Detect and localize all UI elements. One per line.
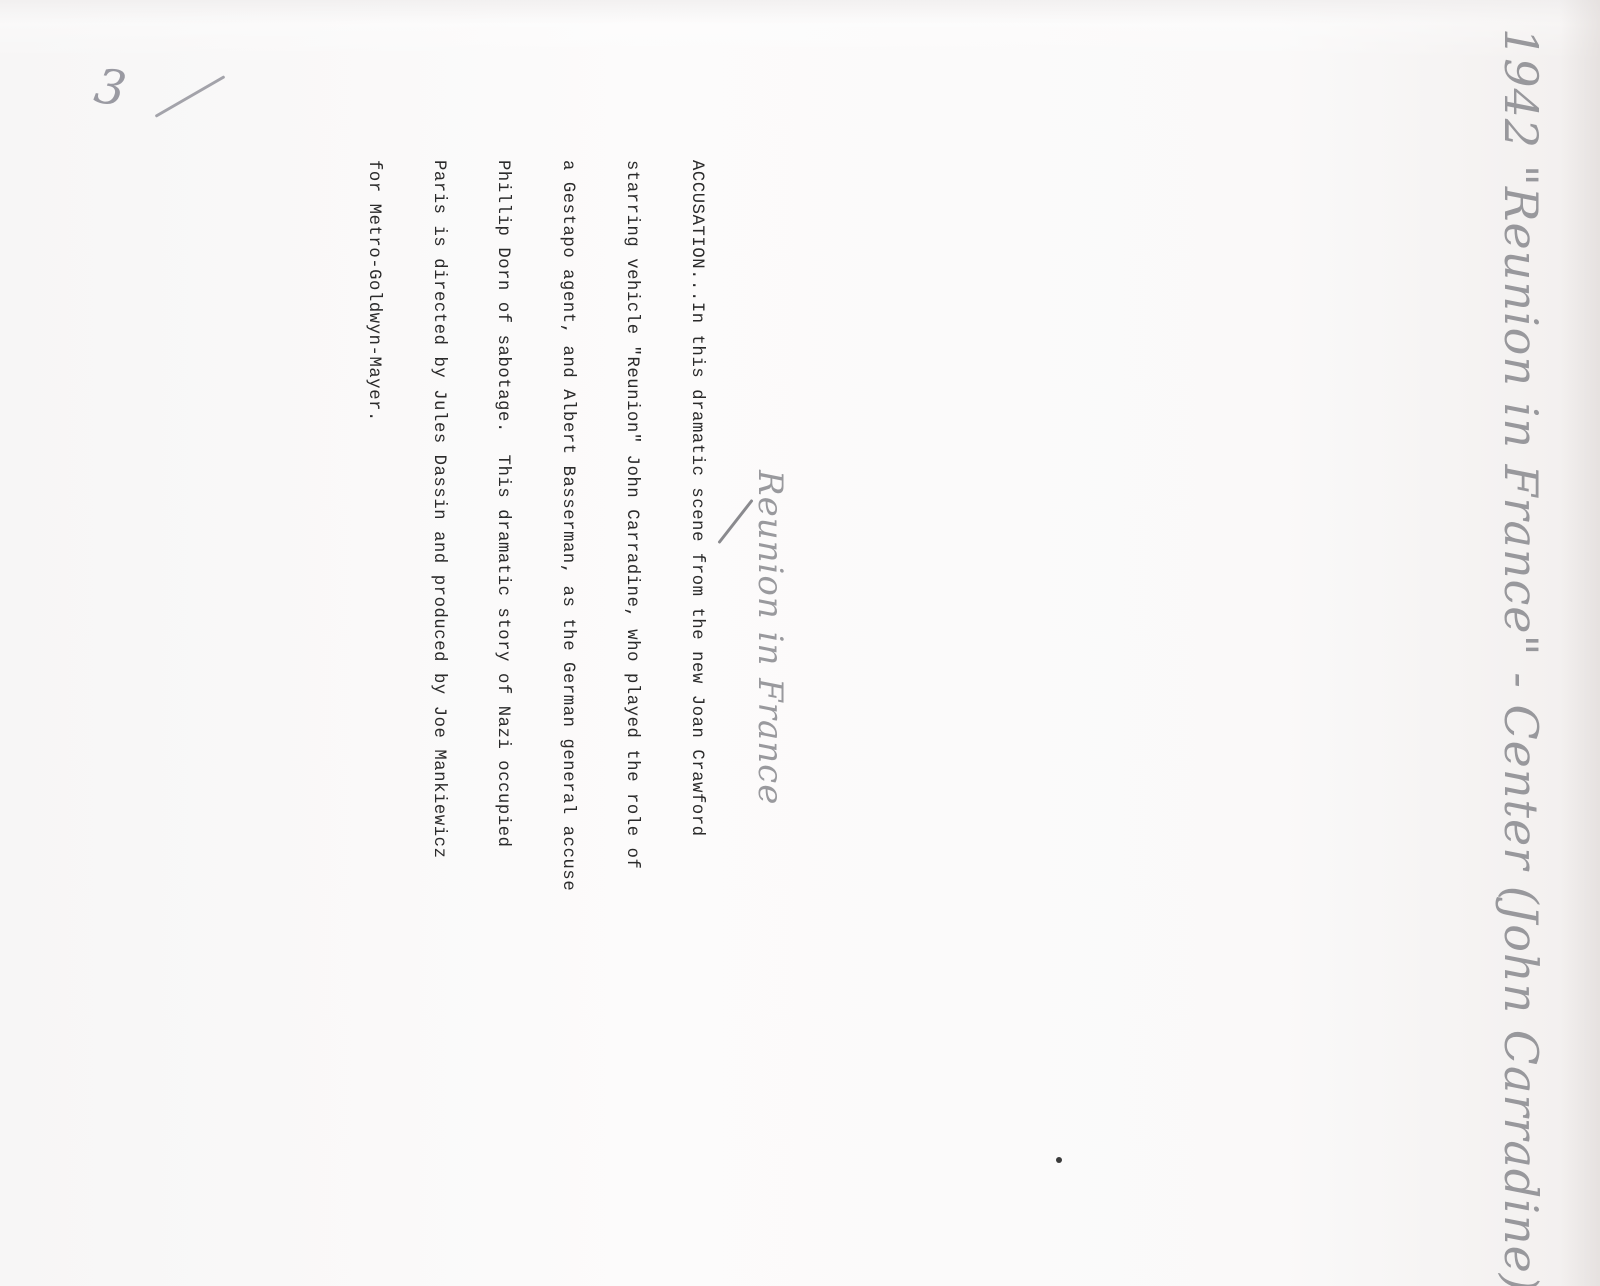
caption-line-6: for Metro-Goldwyn-Mayer. — [363, 160, 385, 1200]
caption-line-4: Phillip Dorn of sabotage. This dramatic … — [492, 160, 514, 1200]
pencil-note-margin: 1942 "Reunion in France" - Center (John … — [1494, 28, 1548, 1286]
caption-line-1: ACCUSATION...In this dramatic scene from… — [686, 160, 708, 1200]
paper-right-edge-shadow — [1560, 0, 1600, 1286]
caption-line-2: starring vehicle "Reunion" John Carradin… — [621, 160, 643, 1200]
caption-line-3: a Gestapo agent, and Albert Basserman, a… — [557, 160, 579, 1200]
typed-caption: ACCUSATION...In this dramatic scene from… — [342, 160, 751, 1200]
paper-speck — [1056, 1157, 1062, 1163]
photo-back-paper — [0, 0, 1600, 1286]
caption-line-5: Paris is directed by Jules Dassin and pr… — [428, 160, 450, 1200]
pencil-note-title: Reunion in France — [750, 470, 790, 805]
paper-top-shading — [0, 0, 1600, 24]
